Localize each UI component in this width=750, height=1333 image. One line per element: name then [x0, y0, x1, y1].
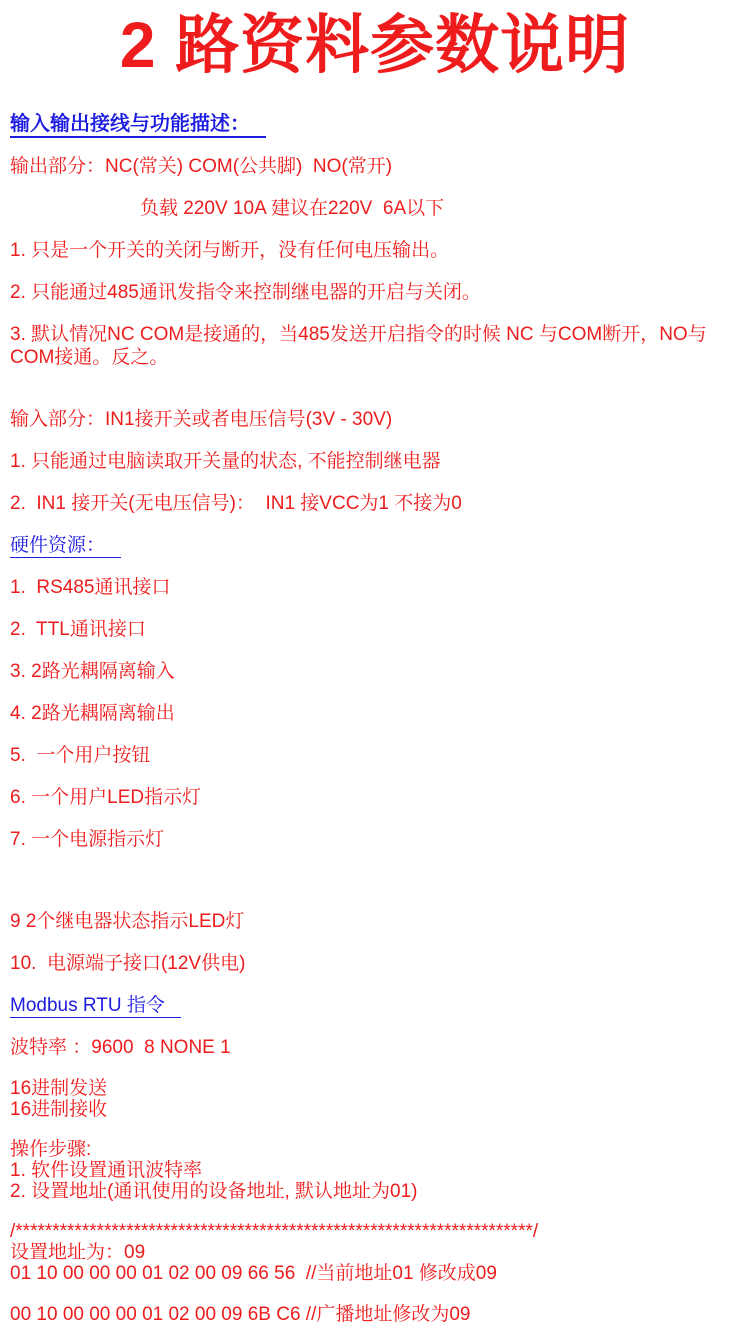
doc-line: 10. 电源端子接口(12V供电) — [10, 952, 746, 975]
doc-line: 7. 一个电源指示灯 — [10, 828, 746, 851]
text-block: 5. 一个用户按钮 — [10, 744, 746, 767]
doc-line: 2. 只能通过485通讯发指令来控制继电器的开启与关闭。 — [10, 281, 746, 304]
spacer — [10, 388, 746, 408]
text-block: 3. 2路光耦隔离输入 — [10, 660, 746, 683]
text-block: 1. 只能通过电脑读取开关量的状态, 不能控制继电器 — [10, 450, 746, 473]
section-heading-text: 输入输出接线与功能描述： — [10, 113, 746, 136]
doc-line: 3. 默认情况NC COM是接通的，当485发送开启指令的时候 NC 与COM断… — [10, 323, 746, 369]
doc-line: 3. 2路光耦隔离输入 — [10, 660, 746, 683]
text-block: 输出部分：NC(常关) COM(公共脚) NO(常开) — [10, 155, 746, 178]
doc-line: 9 2个继电器状态指示LED灯 — [10, 910, 746, 933]
doc-line: 设置地址为：09 — [10, 1242, 746, 1263]
doc-line: 2. 设置地址(通讯使用的设备地址, 默认地址为01) — [10, 1181, 746, 1202]
doc-line: 1. 软件设置通讯波特率 — [10, 1160, 746, 1181]
section-heading-text: 硬件资源： — [10, 534, 746, 557]
underlined-heading-label: Modbus RTU 指令 — [10, 995, 181, 1018]
section-heading: 输入输出接线与功能描述： — [10, 113, 746, 136]
doc-line: 5. 一个用户按钮 — [10, 744, 746, 767]
doc-line: 1. RS485通讯接口 — [10, 576, 746, 599]
text-block: 4. 2路光耦隔离输出 — [10, 702, 746, 725]
doc-line: 2. TTL通讯接口 — [10, 618, 746, 641]
section-heading: 硬件资源： — [10, 534, 746, 557]
doc-line: 输入部分：IN1接开关或者电压信号(3V - 30V) — [10, 408, 746, 431]
doc-line: 1. 只是一个开关的关闭与断开，没有任何电压输出。 — [10, 239, 746, 262]
doc-line: 16进制接收 — [10, 1099, 746, 1120]
doc-line: /***************************************… — [10, 1221, 746, 1242]
underlined-heading-label: 硬件资源： — [10, 535, 121, 558]
text-block: 9 2个继电器状态指示LED灯 — [10, 910, 746, 933]
text-block: 波特率 ：9600 8 NONE 1 — [10, 1036, 746, 1059]
doc-line: 操作步骤: — [10, 1139, 746, 1160]
text-block: 负载 220V 10A 建议在220V 6A以下 — [10, 197, 746, 220]
text-block: 2. TTL通讯接口 — [10, 618, 746, 641]
doc-line: 4. 2路光耦隔离输出 — [10, 702, 746, 725]
text-block: 1. RS485通讯接口 — [10, 576, 746, 599]
doc-line: 负载 220V 10A 建议在220V 6A以下 — [10, 197, 746, 220]
text-block: 6. 一个用户LED指示灯 — [10, 786, 746, 809]
spacer — [10, 870, 746, 910]
doc-line: 01 10 00 00 00 01 02 00 09 66 56 //当前地址0… — [10, 1263, 746, 1284]
doc-line: 00 10 00 00 00 01 02 00 09 6B C6 //广播地址修… — [10, 1303, 746, 1326]
text-block: 1. 只是一个开关的关闭与断开，没有任何电压输出。 — [10, 239, 746, 262]
text-block: 7. 一个电源指示灯 — [10, 828, 746, 851]
doc-line: 波特率 ：9600 8 NONE 1 — [10, 1036, 746, 1059]
document-body: 输入输出接线与功能描述：输出部分：NC(常关) COM(公共脚) NO(常开)负… — [0, 113, 750, 1326]
section-heading: Modbus RTU 指令 — [10, 994, 746, 1017]
page-title: 2 路资料参数说明 — [0, 5, 750, 87]
text-block: 16进制发送16进制接收 — [10, 1078, 746, 1120]
doc-line: 6. 一个用户LED指示灯 — [10, 786, 746, 809]
text-block: 操作步骤:1. 软件设置通讯波特率2. 设置地址(通讯使用的设备地址, 默认地址… — [10, 1139, 746, 1202]
document-page: 2 路资料参数说明 输入输出接线与功能描述：输出部分：NC(常关) COM(公共… — [0, 0, 750, 1326]
text-block: 10. 电源端子接口(12V供电) — [10, 952, 746, 975]
text-block: 00 10 00 00 00 01 02 00 09 6B C6 //广播地址修… — [10, 1303, 746, 1326]
text-block: 2. IN1 接开关(无电压信号)： IN1 接VCC为1 不接为0 — [10, 492, 746, 515]
doc-line: 1. 只能通过电脑读取开关量的状态, 不能控制继电器 — [10, 450, 746, 473]
text-block: 3. 默认情况NC COM是接通的，当485发送开启指令的时候 NC 与COM断… — [10, 323, 746, 369]
underlined-heading-label: 输入输出接线与功能描述： — [10, 113, 266, 138]
doc-line: 16进制发送 — [10, 1078, 746, 1099]
doc-line: 输出部分：NC(常关) COM(公共脚) NO(常开) — [10, 155, 746, 178]
text-block: /***************************************… — [10, 1221, 746, 1284]
text-block: 输入部分：IN1接开关或者电压信号(3V - 30V) — [10, 408, 746, 431]
text-block: 2. 只能通过485通讯发指令来控制继电器的开启与关闭。 — [10, 281, 746, 304]
doc-line: 2. IN1 接开关(无电压信号)： IN1 接VCC为1 不接为0 — [10, 492, 746, 515]
section-heading-text: Modbus RTU 指令 — [10, 994, 746, 1017]
